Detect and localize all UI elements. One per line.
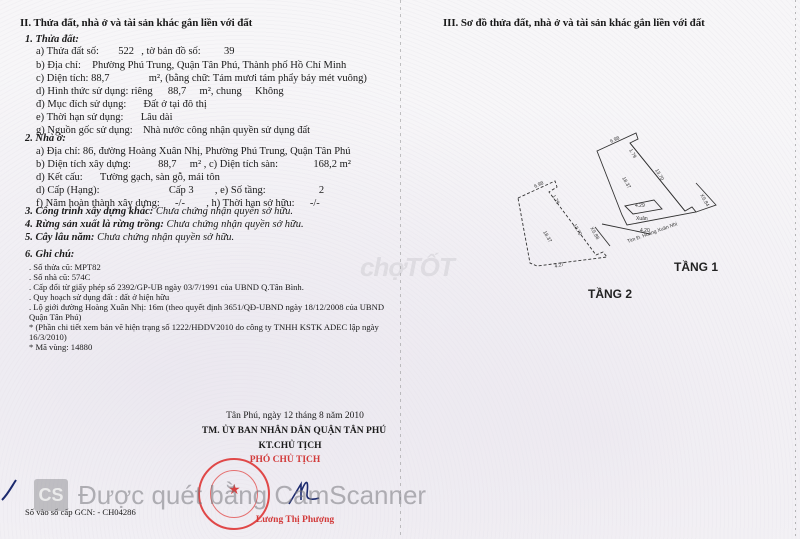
- label: e) Thời hạn sử dụng:: [36, 112, 123, 123]
- forest-value: Chưa chứng nhận quyền sở hữu.: [167, 219, 304, 230]
- note-line: * Mã vùng: 14880: [29, 342, 92, 352]
- chotot-watermark: chợTỐT: [360, 252, 454, 283]
- label: 3. Công trình xây dựng khác:: [25, 206, 153, 217]
- house-grade-row: d) Cấp (Hạng): Cấp 3 , e) Số tầng: 2: [36, 185, 324, 196]
- land-title: 1. Thửa đất:: [25, 34, 79, 45]
- dim-label: 13.70: [653, 168, 665, 182]
- forest-row: 4. Rừng sản xuất là rừng trồng: Chưa chứ…: [25, 219, 304, 230]
- land-origin: Nhà nước công nhận quyền sử dụng đất: [143, 125, 310, 136]
- note-line: . Số nhà cũ: 574C: [29, 272, 90, 282]
- label: đ) Mục đích sử dụng:: [36, 99, 126, 110]
- house-area-row: b) Diện tích xây dựng: 88,7 m² , c) Diện…: [36, 159, 351, 170]
- pen-mark-icon: [0, 478, 20, 502]
- road-label: Tim Đ. Hoàng Xuân Nhị: [627, 221, 679, 245]
- land-purpose-row: đ) Mục đích sử dụng: Đất ở tại đô thị: [36, 99, 207, 110]
- dim-label: 18.37: [541, 230, 553, 244]
- label: d) Hình thức sử dụng: riêng: [36, 86, 153, 97]
- camscanner-text: Được quét bằng CamScanner: [78, 480, 426, 511]
- dim-label: 6.98: [609, 135, 621, 145]
- house-address-row: a) Địa chỉ: 86, đường Hoàng Xuân Nhị, Ph…: [36, 146, 351, 157]
- land-parcel-row: a) Thửa đất số: 522 , tờ bản đồ số: 39: [36, 46, 234, 57]
- note-line: * (Phần chi tiết xem bản vẽ hiện trạng s…: [29, 322, 379, 332]
- land-origin-row: g) Nguồn gốc sử dụng: Nhà nước công nhận…: [36, 125, 310, 136]
- label: m² , c) Diện tích sàn:: [190, 159, 278, 170]
- label: a) Thửa đất số:: [36, 46, 99, 57]
- note-line: 16/3/2010): [29, 332, 67, 342]
- common-area: Không: [255, 86, 284, 97]
- label: 4. Rừng sản xuất là rừng trồng:: [25, 219, 164, 230]
- label: c) Diện tích:: [36, 73, 88, 84]
- land-certificate-page: II. Thửa đất, nhà ở và tài sản khác gắn …: [0, 0, 800, 539]
- land-area: 88,7: [91, 73, 109, 84]
- note-line: . Số thửa cũ: MPT82: [29, 262, 101, 272]
- land-area-row: c) Diện tích: 88,7 m², (bằng chữ: Tám mư…: [36, 73, 367, 84]
- label: d) Kết cấu:: [36, 172, 83, 183]
- label: m², chung: [200, 86, 242, 97]
- dim-label: 6.98: [533, 180, 545, 190]
- map-sheet-number: 39: [224, 46, 235, 57]
- label: 5. Cây lâu năm:: [25, 232, 94, 243]
- label: , tờ bản đồ số:: [141, 46, 201, 57]
- land-address-row: b) Địa chỉ: Phường Phú Trung, Quận Tân P…: [36, 60, 346, 71]
- signer-name: Lương Thị Phượng: [245, 515, 345, 525]
- signing-date: Tân Phú, ngày 12 tháng 8 năm 2010: [210, 411, 380, 421]
- private-area: 88,7: [168, 86, 186, 97]
- perennial-row: 5. Cây lâu năm: Chưa chứng nhận quyền sở…: [25, 232, 234, 243]
- parcel-number: 522: [118, 46, 134, 57]
- dim-label: 1.79: [550, 194, 560, 206]
- label: b) Diện tích xây dựng:: [36, 159, 131, 170]
- other-construction-row: 3. Công trình xây dựng khác: Chưa chứng …: [25, 206, 293, 217]
- floor-area: 168,2 m²: [313, 159, 351, 170]
- house-structure-row: d) Kết cấu: Tường gạch, sàn gỗ, mái tôn: [36, 172, 220, 183]
- dim-label: XS.88: [588, 226, 600, 241]
- camscanner-logo-icon: CS: [34, 479, 68, 511]
- other-construction-value: Chưa chứng nhận quyền sở hữu.: [156, 206, 293, 217]
- dim-label: 18.37: [620, 176, 632, 190]
- left-page: II. Thửa đất, nhà ở và tài sản khác gắn …: [0, 0, 400, 539]
- floor-1-label: TẦNG 1: [674, 260, 718, 274]
- building-area: 88,7: [158, 159, 176, 170]
- land-term: Lâu dài: [141, 112, 173, 123]
- label: b) Địa chỉ:: [36, 60, 81, 71]
- right-page: III. Sơ đồ thửa đất, nhà ở và tài sản kh…: [400, 0, 800, 539]
- land-address: Phường Phú Trung, Quận Tân Phú, Thành ph…: [92, 60, 346, 71]
- signer-role-acting: KT.CHỦ TỊCH: [245, 441, 335, 451]
- floor-count: 2: [319, 185, 324, 196]
- perennial-value: Chưa chứng nhận quyền sở hữu.: [97, 232, 234, 243]
- dim-label: XS.84: [698, 193, 710, 208]
- issuing-authority: TM. ỦY BAN NHÂN DÂN QUẬN TÂN PHÚ: [194, 426, 394, 436]
- floor-plan-drawing: 6.98 1.79 13.70 18.37 4.27 6.98 1.79 13.…: [400, 0, 800, 539]
- kitchen-label: Xuân: [636, 216, 648, 222]
- land-area-words: m², (bằng chữ: Tám mươi tám phẩy bảy mét…: [149, 73, 367, 84]
- house-grade: Cấp 3: [169, 185, 194, 196]
- section-heading-ii: II. Thửa đất, nhà ở và tài sản khác gắn …: [20, 17, 252, 29]
- note-line: . Cấp đổi từ giấy phép số 2392/GP-UB ngà…: [29, 282, 304, 292]
- dim-label: 4.27: [554, 262, 565, 270]
- dim-label: 4.29: [635, 203, 645, 209]
- note-line: Quận Tân Phú): [29, 312, 81, 322]
- note-line: . Lộ giới đường Hoàng Xuân Nhị: 16m (the…: [29, 302, 384, 312]
- land-term-row: e) Thời hạn sử dụng: Lâu dài: [36, 112, 173, 123]
- notes-title: 6. Ghi chú:: [25, 249, 74, 260]
- camscanner-watermark: CS Được quét bằng CamScanner: [34, 478, 426, 512]
- land-purpose: Đất ở tại đô thị: [144, 99, 207, 110]
- label: d) Cấp (Hạng):: [36, 185, 100, 196]
- house-title: 2. Nhà ở:: [25, 133, 66, 144]
- land-use-form-row: d) Hình thức sử dụng: riêng 88,7 m², chu…: [36, 86, 284, 97]
- house-structure: Tường gạch, sàn gỗ, mái tôn: [100, 172, 220, 183]
- note-line: . Quy hoạch sử dụng đất : đất ở hiện hữu: [29, 292, 169, 302]
- ownership-term: -/-: [310, 198, 320, 209]
- label: , e) Số tầng:: [215, 185, 266, 196]
- floor-2-label: TẦNG 2: [588, 287, 632, 301]
